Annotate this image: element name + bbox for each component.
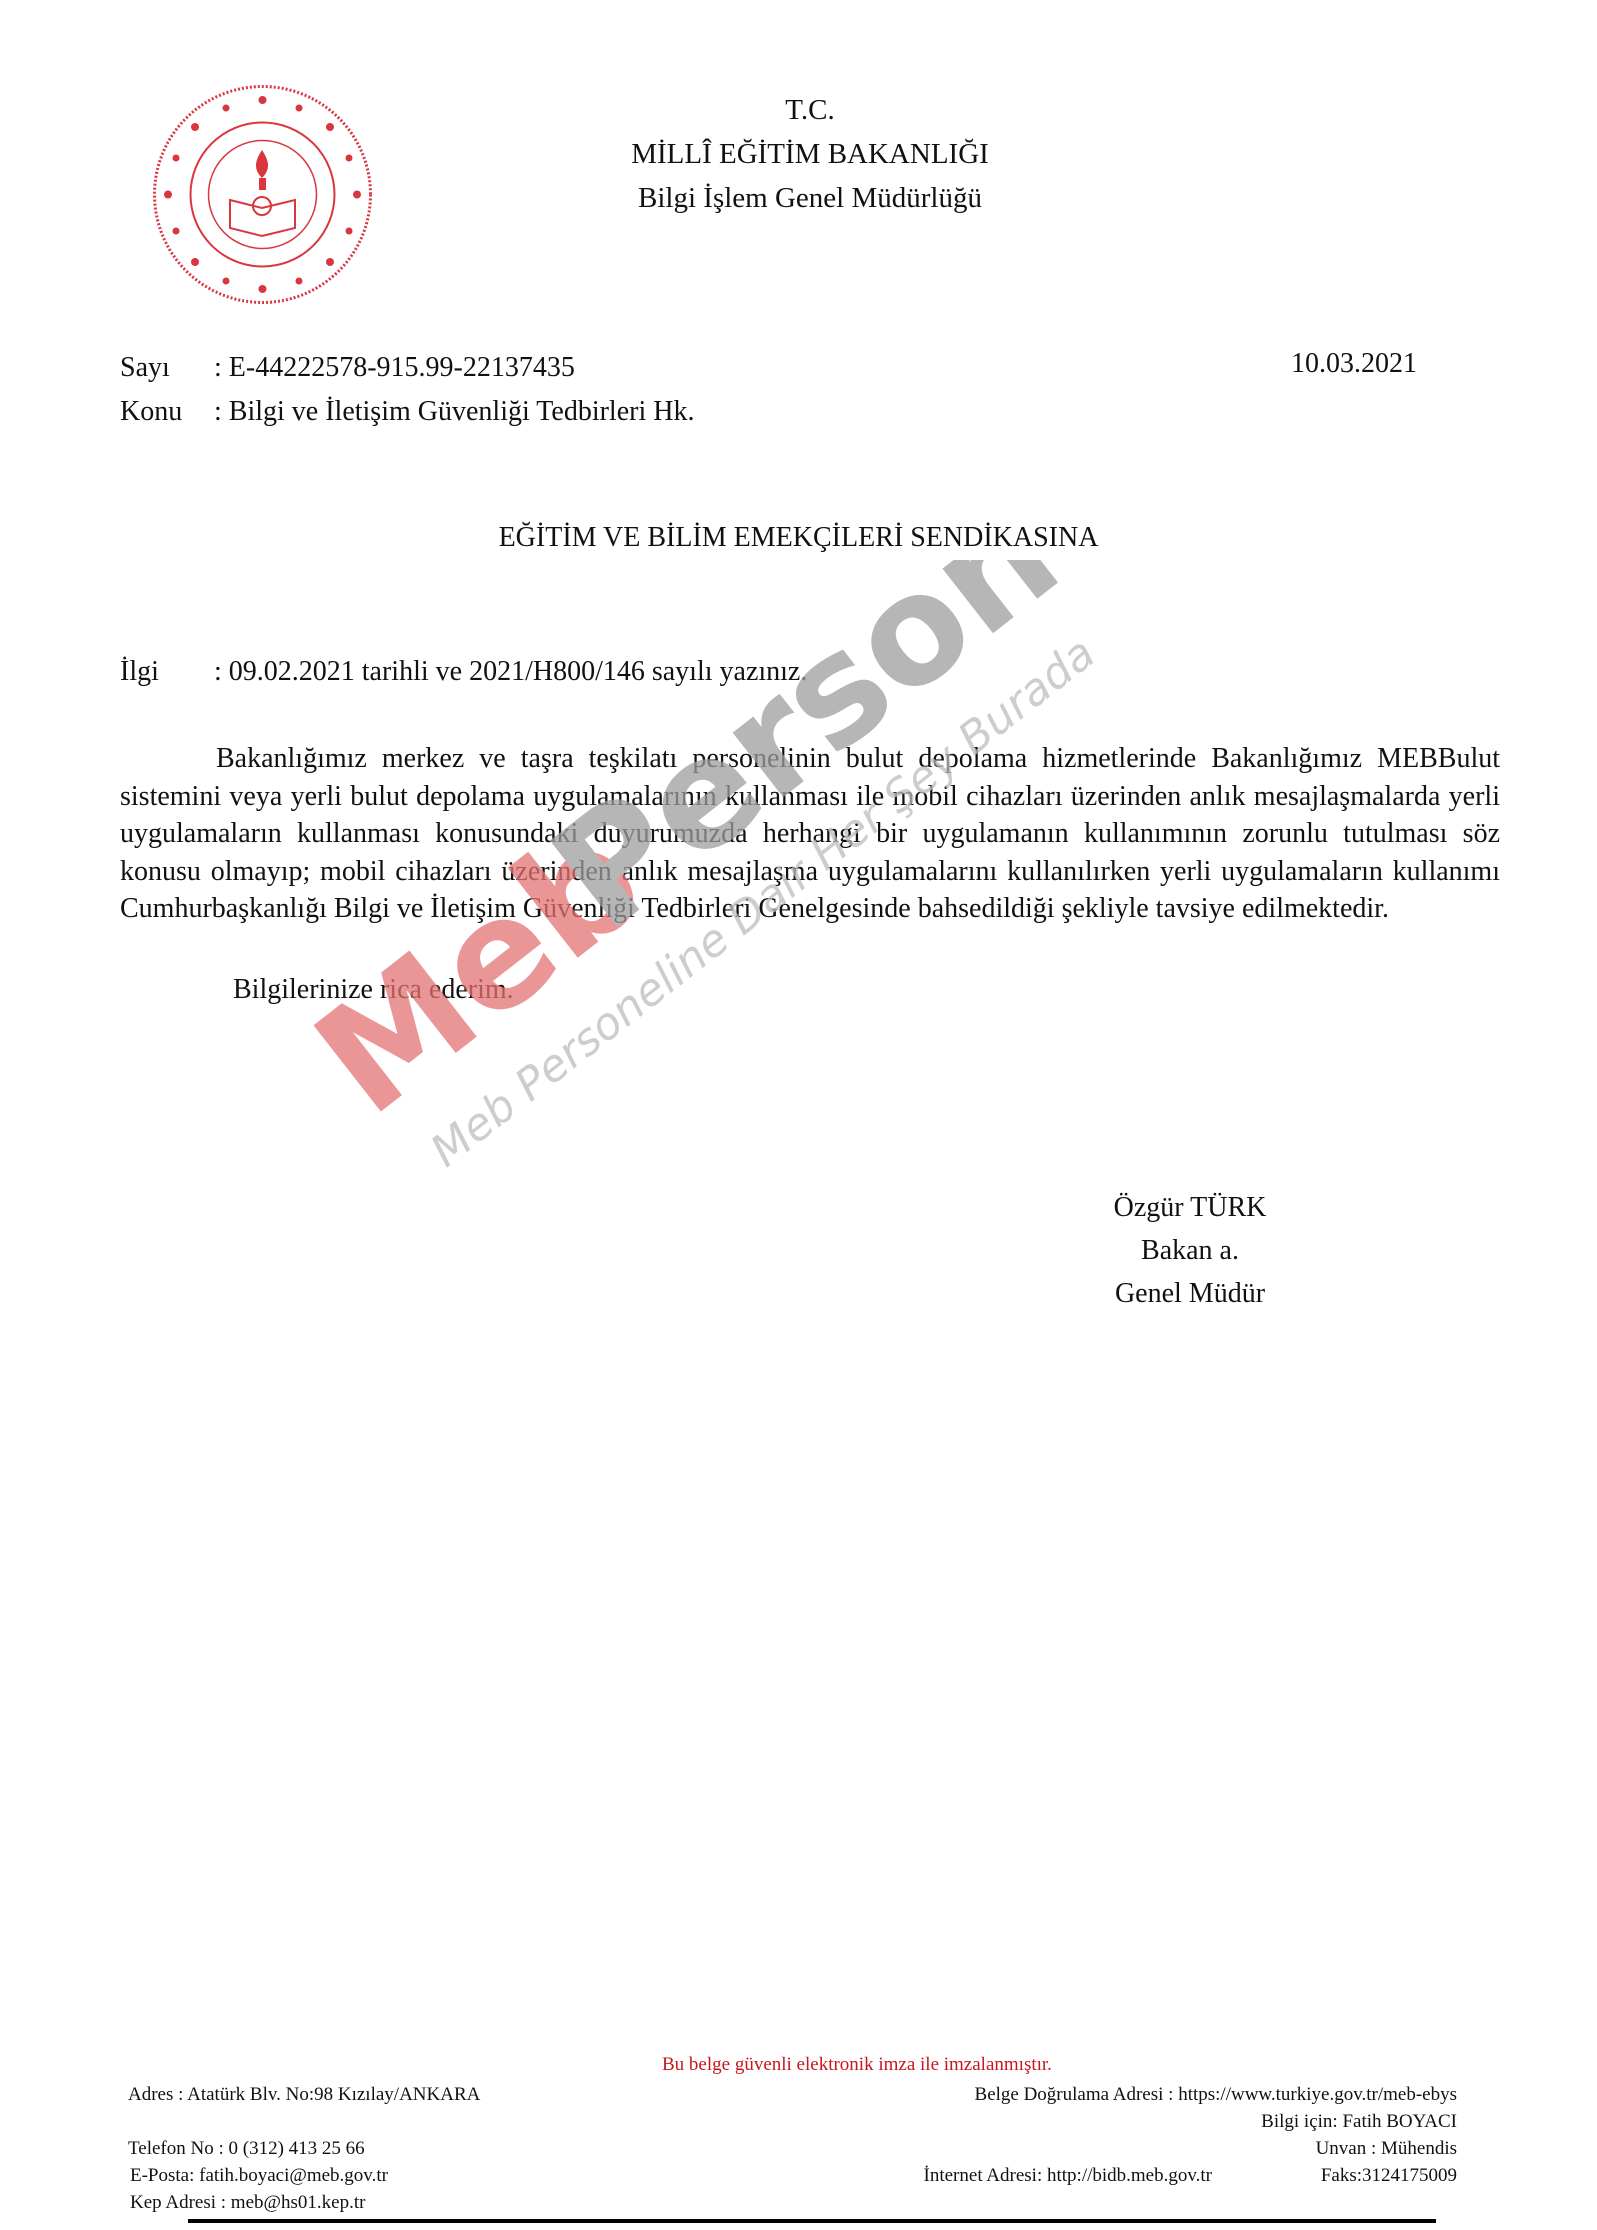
body-paragraph: Bakanlığımız merkez ve taşra teşkilatı p… xyxy=(120,740,1500,928)
konu-label: Konu xyxy=(120,390,214,434)
footer-rule xyxy=(188,2219,1436,2223)
esign-notice: Bu belge güvenli elektronik imza ile imz… xyxy=(662,2054,1052,2076)
sayi-value: : E-44222578-915.99-22137435 xyxy=(214,352,575,383)
addressee: EĞİTİM VE BİLİM EMEKÇİLERİ SENDİKASINA xyxy=(0,522,1597,554)
signer-title-2: Genel Müdür xyxy=(1040,1272,1340,1315)
reference-row: İlgi: 09.02.2021 tarihli ve 2021/H800/14… xyxy=(120,656,807,688)
header-department: Bilgi İşlem Genel Müdürlüğü xyxy=(520,176,1100,220)
footer-title: Unvan : Mühendis xyxy=(1316,2138,1457,2160)
header-ministry: MİLLÎ EĞİTİM BAKANLIĞI xyxy=(520,132,1100,176)
sayi-row: Sayı: E-44222578-915.99-22137435 xyxy=(120,346,694,390)
letter-body: Bakanlığımız merkez ve taşra teşkilatı p… xyxy=(120,740,1500,928)
ilgi-label: İlgi xyxy=(120,656,214,688)
footer-address: Adres : Atatürk Blv. No:98 Kızılay/ANKAR… xyxy=(128,2084,480,2106)
footer-info-contact: Bilgi için: Fatih BOYACI xyxy=(1261,2111,1457,2133)
closing-line: Bilgilerinize rica ederim. xyxy=(233,974,514,1006)
document-date: 10.03.2021 xyxy=(1291,348,1417,380)
footer-email[interactable]: E-Posta: fatih.boyaci@meb.gov.tr xyxy=(130,2165,388,2187)
signature-block: Özgür TÜRK Bakan a. Genel Müdür xyxy=(1040,1186,1340,1315)
footer-fax: Faks:3124175009 xyxy=(1321,2165,1457,2187)
footer-phone: Telefon No : 0 (312) 413 25 66 xyxy=(128,2138,365,2160)
letterhead: T.C. MİLLÎ EĞİTİM BAKANLIĞI Bilgi İşlem … xyxy=(520,88,1100,220)
header-tc: T.C. xyxy=(520,88,1100,132)
footer-verify-address[interactable]: Belge Doğrulama Adresi : https://www.tur… xyxy=(975,2084,1457,2106)
sayi-label: Sayı xyxy=(120,346,214,390)
footer-internet[interactable]: İnternet Adresi: http://bidb.meb.gov.tr xyxy=(924,2165,1212,2187)
footer-kep[interactable]: Kep Adresi : meb@hs01.kep.tr xyxy=(130,2192,365,2214)
signer-title-1: Bakan a. xyxy=(1040,1229,1340,1272)
ministry-seal-icon xyxy=(150,82,375,307)
signer-name: Özgür TÜRK xyxy=(1040,1186,1340,1229)
konu-value: : Bilgi ve İletişim Güvenliği Tedbirleri… xyxy=(214,396,694,427)
ilgi-value: : 09.02.2021 tarihli ve 2021/H800/146 sa… xyxy=(214,656,807,687)
konu-row: Konu: Bilgi ve İletişim Güvenliği Tedbir… xyxy=(120,390,694,434)
document-meta: Sayı: E-44222578-915.99-22137435 Konu: B… xyxy=(120,346,694,434)
